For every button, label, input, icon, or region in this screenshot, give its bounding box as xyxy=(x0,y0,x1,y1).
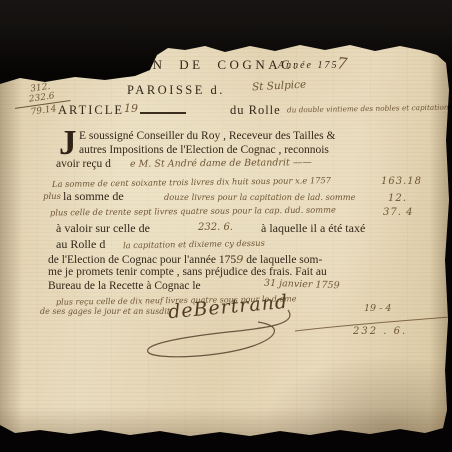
plus-marginal-word: plus xyxy=(43,192,61,202)
sum3-handwritten: plus celle de trente sept livres quatre … xyxy=(50,205,336,218)
article-label: ARTICLE xyxy=(58,103,124,118)
taxed-printed: à laquelle il a été taxé xyxy=(261,221,365,236)
total-amount: 232 . 6. xyxy=(353,326,407,337)
paragraph-line-1: E soussigné Conseiller du Roy , Receveur… xyxy=(79,130,335,142)
year-line-printed-a: de l'Election de Cognac pour l'année 175 xyxy=(48,254,236,266)
sum2-printed: la somme de xyxy=(63,189,124,204)
paroisse-label: PAROISSE d. xyxy=(127,83,225,98)
paragraph-line-2: autres Impositions de l'Election de Cogn… xyxy=(79,144,329,156)
date-handwritten: 31 janvier 1759 xyxy=(264,278,340,292)
bureau-line-printed: Bureau de la Recette à Cognac le xyxy=(48,280,201,292)
rolle-label: du Rolle xyxy=(230,103,281,118)
article-number-handwritten: 19 xyxy=(124,102,138,115)
year-line-printed-b: de laquelle som- xyxy=(246,254,322,266)
photo-backdrop: ELECTION DE COGNAC. Année 175 7 PAROISSE… xyxy=(0,0,452,452)
year-printed-label: Année 175 xyxy=(278,60,339,71)
document-paper: ELECTION DE COGNAC. Année 175 7 PAROISSE… xyxy=(0,0,452,452)
year-digit-handwritten: 9 xyxy=(236,252,243,266)
sum1-handwritten: La somme de cent soixante trois livres d… xyxy=(52,175,331,189)
sum3-amount: 37. 4 xyxy=(383,207,413,218)
sum2-handwritten: douze livres pour la capitation de lad. … xyxy=(164,192,356,202)
year-line: de l'Election de Cognac pour l'année 175… xyxy=(48,252,322,266)
article-rule xyxy=(140,112,186,114)
signature-flourish xyxy=(128,302,303,364)
rolle2-printed: au Rolle d xyxy=(56,237,105,252)
payer-name-handwritten: e M. St André dame de Betandrit —— xyxy=(130,157,312,170)
rolle-value-handwritten: du double vintieme des nobles et capitat… xyxy=(287,103,449,115)
avaloir-amount-handwritten: 232. 6. xyxy=(198,222,233,233)
promise-line: me je promets tenir compte , sans préjud… xyxy=(48,266,327,278)
sum2-amount: 12. xyxy=(388,193,407,204)
paragraph-line-3-printed: avoir reçu d xyxy=(56,158,111,170)
sum1-amount: 163.18 xyxy=(381,176,422,187)
paroisse-value-handwritten: St Sulpice xyxy=(252,79,307,94)
rolle2-handwritten: la capitation et dixieme cy dessus xyxy=(123,238,265,250)
year-handwritten: 7 xyxy=(336,54,348,74)
document-title: ELECTION DE COGNAC. xyxy=(74,57,300,73)
avaloir-printed: à valoir sur celle de xyxy=(56,221,150,236)
dropcap-J: J xyxy=(59,127,77,159)
